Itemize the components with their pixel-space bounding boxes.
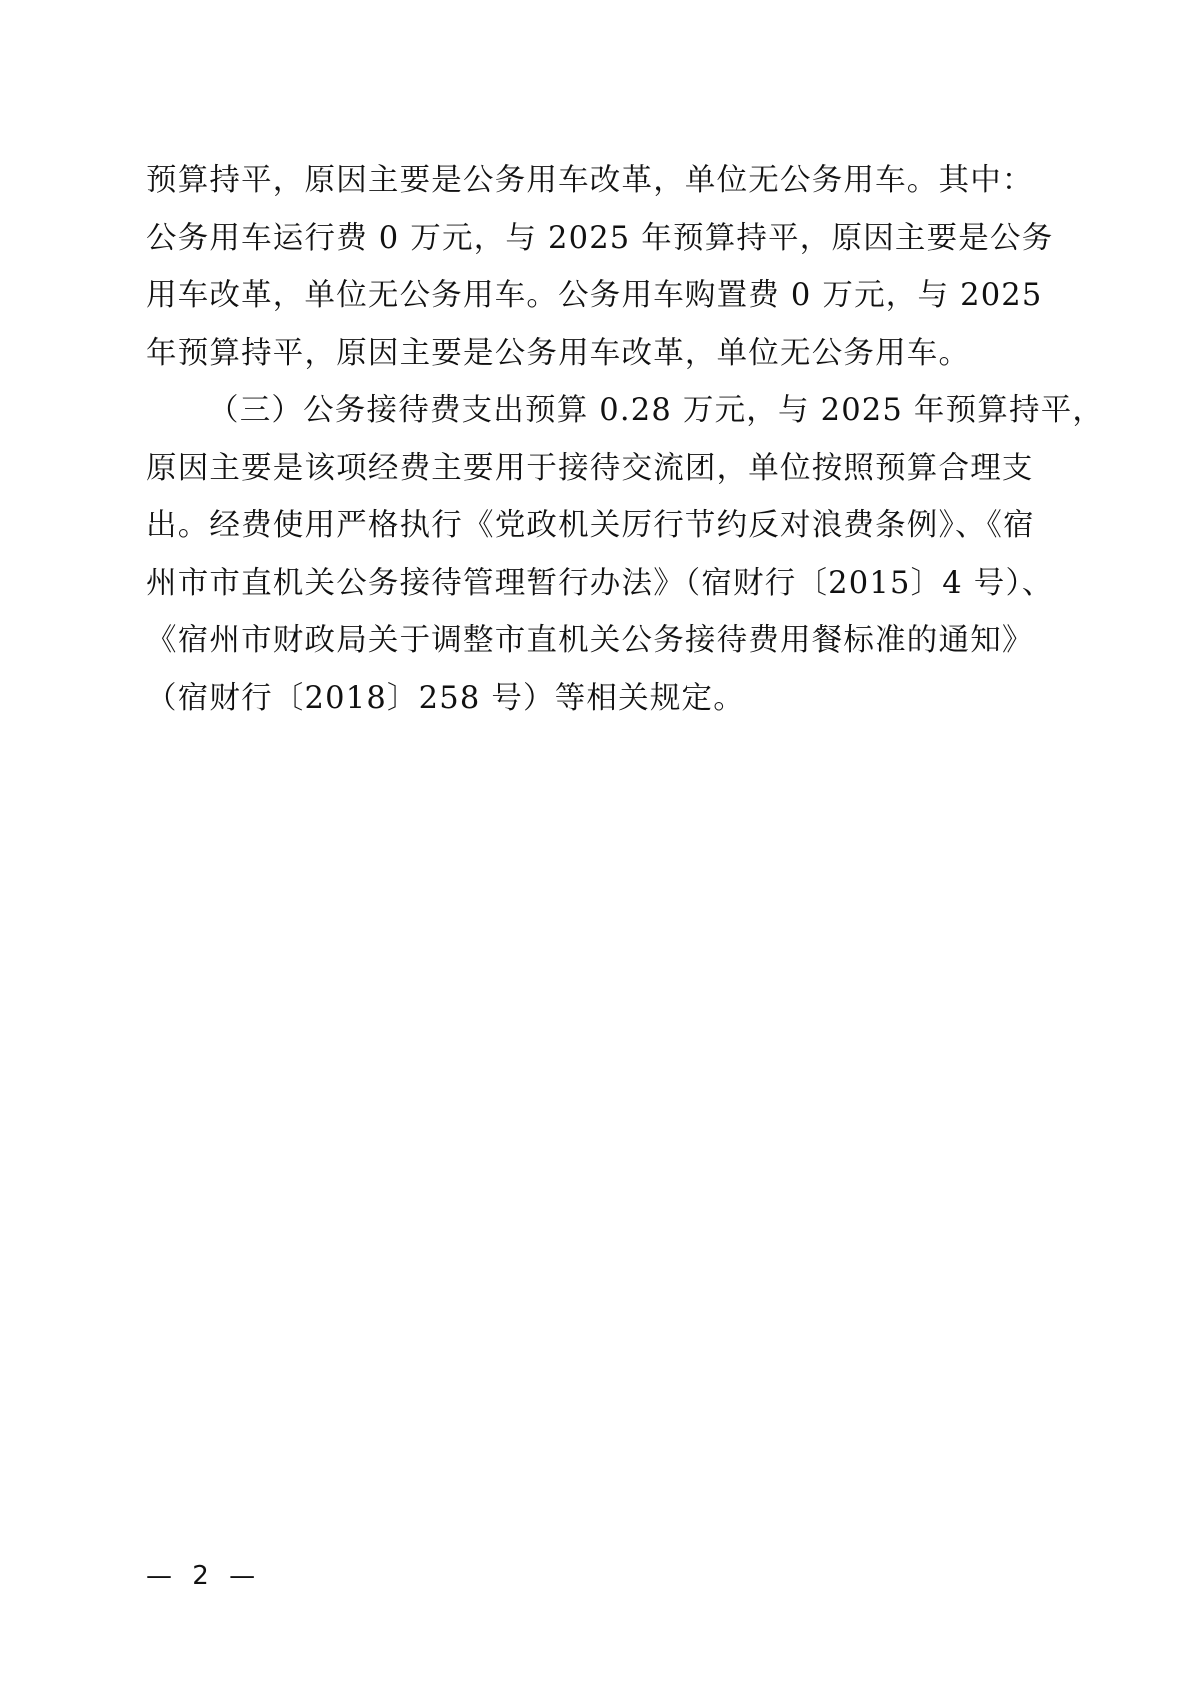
paragraph-line-heading: （三）公务接待费支出预算 0.28 万元，与 2025 年预算持平，: [146, 382, 1040, 440]
paragraph-line: 出。经费使用严格执行《党政机关厉行节约反对浪费条例》、《宿: [146, 497, 1040, 555]
paragraph-line: 用车改革，单位无公务用车。公务用车购置费 0 万元，与 2025: [146, 267, 1040, 325]
body-text: 预算持平，原因主要是公务用车改革，单位无公务用车。其中： 公务用车运行费 0 万…: [146, 152, 1040, 727]
paragraph-line: 原因主要是该项经费主要用于接待交流团，单位按照预算合理支: [146, 440, 1040, 498]
page-number: — 2 —: [146, 1560, 261, 1592]
paragraph-line: 《宿州市财政局关于调整市直机关公务接待费用餐标准的通知》: [146, 612, 1040, 670]
paragraph-line: 公务用车运行费 0 万元，与 2025 年预算持平，原因主要是公务: [146, 210, 1040, 268]
paragraph-line: （宿财行〔2018〕258 号）等相关规定。: [146, 670, 1040, 728]
paragraph-line: 预算持平，原因主要是公务用车改革，单位无公务用车。其中：: [146, 152, 1040, 210]
document-page: 预算持平，原因主要是公务用车改革，单位无公务用车。其中： 公务用车运行费 0 万…: [0, 0, 1190, 1683]
paragraph-line: 年预算持平，原因主要是公务用车改革，单位无公务用车。: [146, 325, 1040, 383]
paragraph-line: 州市市直机关公务接待管理暂行办法》（宿财行〔2015〕4 号）、: [146, 555, 1040, 613]
